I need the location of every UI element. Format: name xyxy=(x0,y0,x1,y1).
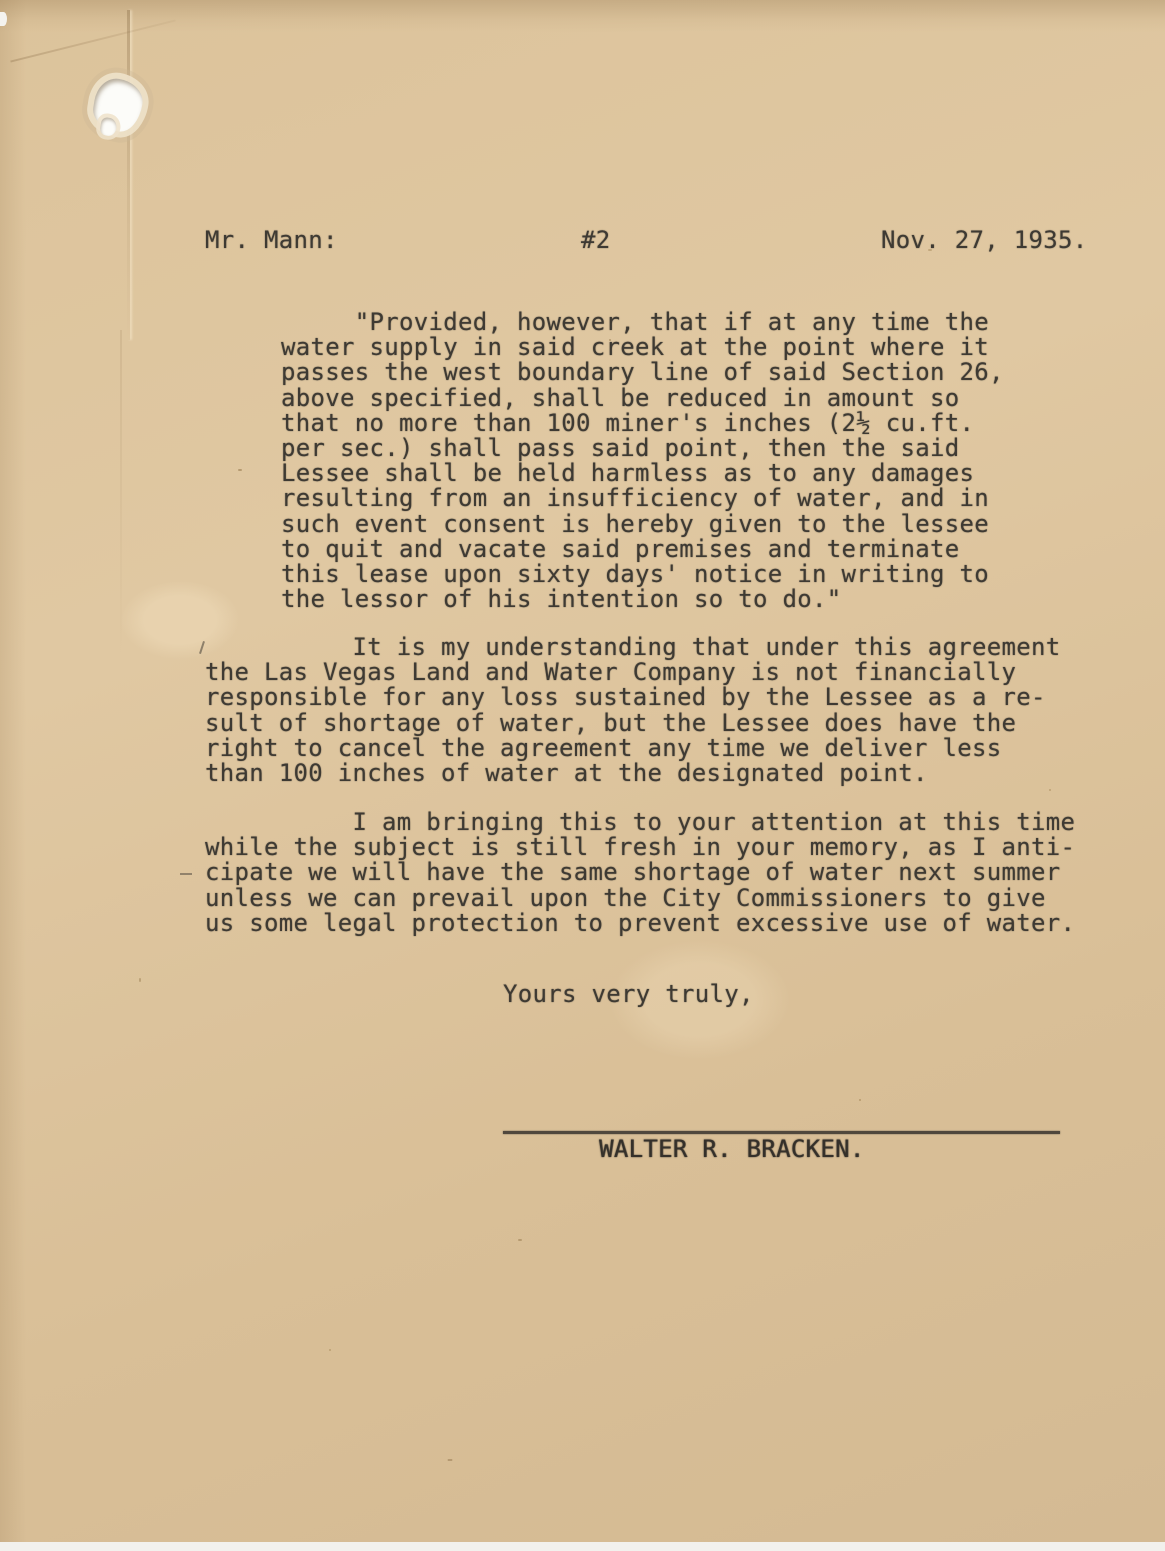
paper-sheet: Mr. Mann: #2 Nov. 27, 1935. "Provided, h… xyxy=(0,0,1165,1542)
signature-rule-line xyxy=(503,1131,1060,1134)
stray-pencil-dash xyxy=(180,873,192,875)
scanner-background-strip xyxy=(0,1542,1165,1551)
vertical-crease-lower xyxy=(120,330,122,660)
body-paragraph-2: It is my understanding that under this a… xyxy=(205,635,1060,786)
header-recipient: Mr. Mann: xyxy=(205,228,338,253)
paper-top-fold-shade xyxy=(0,0,1165,32)
signature-name: WALTER R. BRACKEN. xyxy=(599,1137,865,1162)
letter-page-scan: Mr. Mann: #2 Nov. 27, 1935. "Provided, h… xyxy=(0,0,1165,1551)
quoted-paragraph: "Provided, however, that if at any time … xyxy=(281,310,1004,612)
paper-left-edge-shade xyxy=(0,0,26,1542)
edge-tear-notch xyxy=(0,12,7,26)
punch-tear-hole xyxy=(90,76,146,135)
header-page-number: #2 xyxy=(581,228,611,253)
vertical-crease xyxy=(127,10,130,340)
complimentary-closing: Yours very truly, xyxy=(503,982,754,1007)
header-date: Nov. 27, 1935. xyxy=(881,228,1088,253)
body-paragraph-3: I am bringing this to your attention at … xyxy=(205,810,1075,936)
